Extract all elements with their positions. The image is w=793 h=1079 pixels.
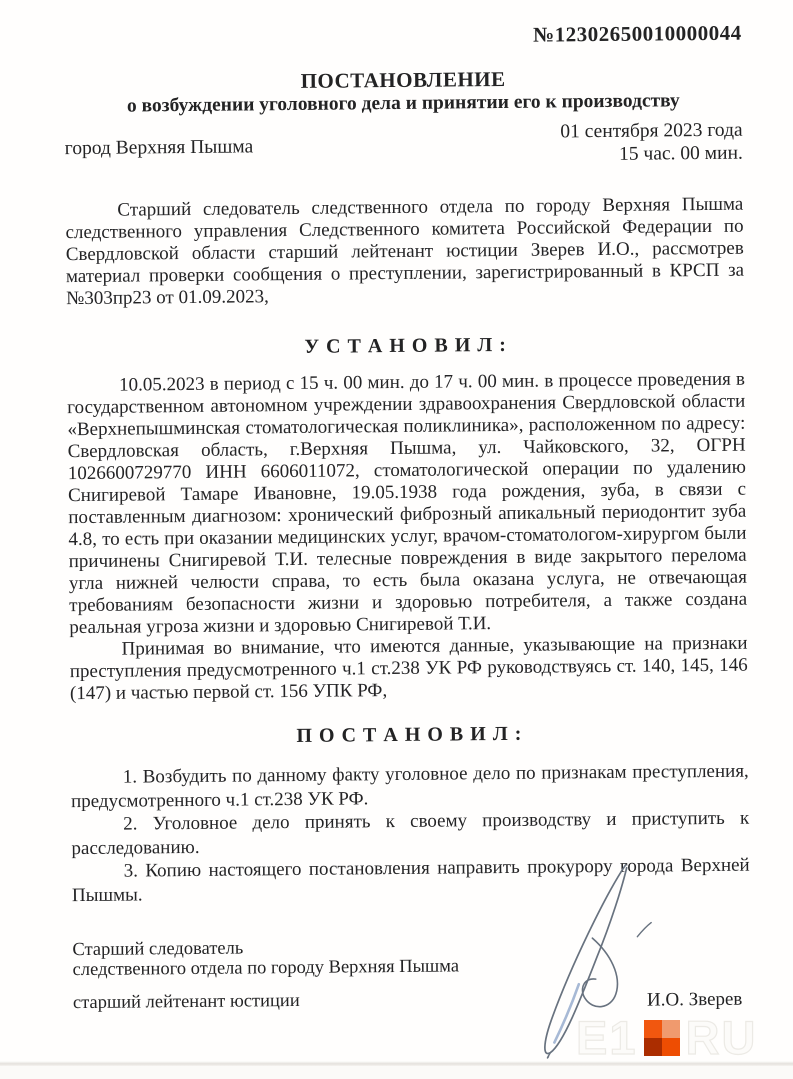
time-label: 15 час. 00 мин. — [560, 142, 742, 167]
established-section: 10.05.2023 в период с 15 ч. 00 мин. до 1… — [67, 369, 748, 705]
scanned-document-page: №12302650010000044 ПОСТАНОВЛЕНИЕ о возбу… — [0, 0, 793, 1079]
watermark-prefix: E1 — [576, 1010, 638, 1065]
logo-square-top-left — [644, 1020, 662, 1038]
intro-paragraph: Старший следователь следственного отдела… — [65, 194, 744, 311]
place-date-row: город Верхняя Пышма 01 сентября 2023 год… — [65, 119, 743, 178]
signature-flick — [637, 923, 651, 937]
e1ru-watermark: E1 RU — [576, 1010, 757, 1065]
signatory-name: И.О. Зверев — [647, 989, 743, 1012]
scan-below-area — [0, 1066, 793, 1079]
signatory-block: Старший следователь следственного отдела… — [72, 937, 543, 1014]
established-header: У С Т А Н О В И Л : — [67, 332, 745, 362]
resolved-item-1: 1. Возбудить по данному факту уголовное … — [71, 760, 749, 814]
signatory-rank: старший лейтенант юстиции — [73, 990, 543, 1014]
logo-square-bottom-left — [644, 1038, 662, 1056]
grounds-paragraph: Принимая во внимание, что имеются данные… — [69, 633, 748, 706]
datetime-block: 01 сентября 2023 года 15 час. 00 мин. — [560, 119, 743, 167]
signatory-position-line2: следственного отдела по городу Верхняя П… — [73, 956, 543, 980]
facts-paragraph: 10.05.2023 в период с 15 ч. 00 мин. до 1… — [67, 369, 748, 639]
resolved-item-2: 2. Уголовное дело принять к своему произ… — [71, 807, 749, 861]
resolved-header: П О С Т А Н О В И Л : — [70, 721, 748, 751]
watermark-suffix: RU — [686, 1010, 758, 1065]
case-number: №12302650010000044 — [64, 21, 742, 53]
logo-square-bottom-right — [662, 1038, 680, 1056]
document-sheet: №12302650010000044 ПОСТАНОВЛЕНИЕ о возбу… — [0, 0, 793, 1079]
date-label: 01 сентября 2023 года — [560, 119, 742, 144]
e1-logo-square-icon — [644, 1020, 680, 1056]
city-label: город Верхняя Пышма — [65, 136, 254, 160]
title-block: ПОСТАНОВЛЕНИЕ о возбуждении уголовного д… — [64, 65, 742, 119]
logo-square-top-right — [662, 1020, 680, 1038]
